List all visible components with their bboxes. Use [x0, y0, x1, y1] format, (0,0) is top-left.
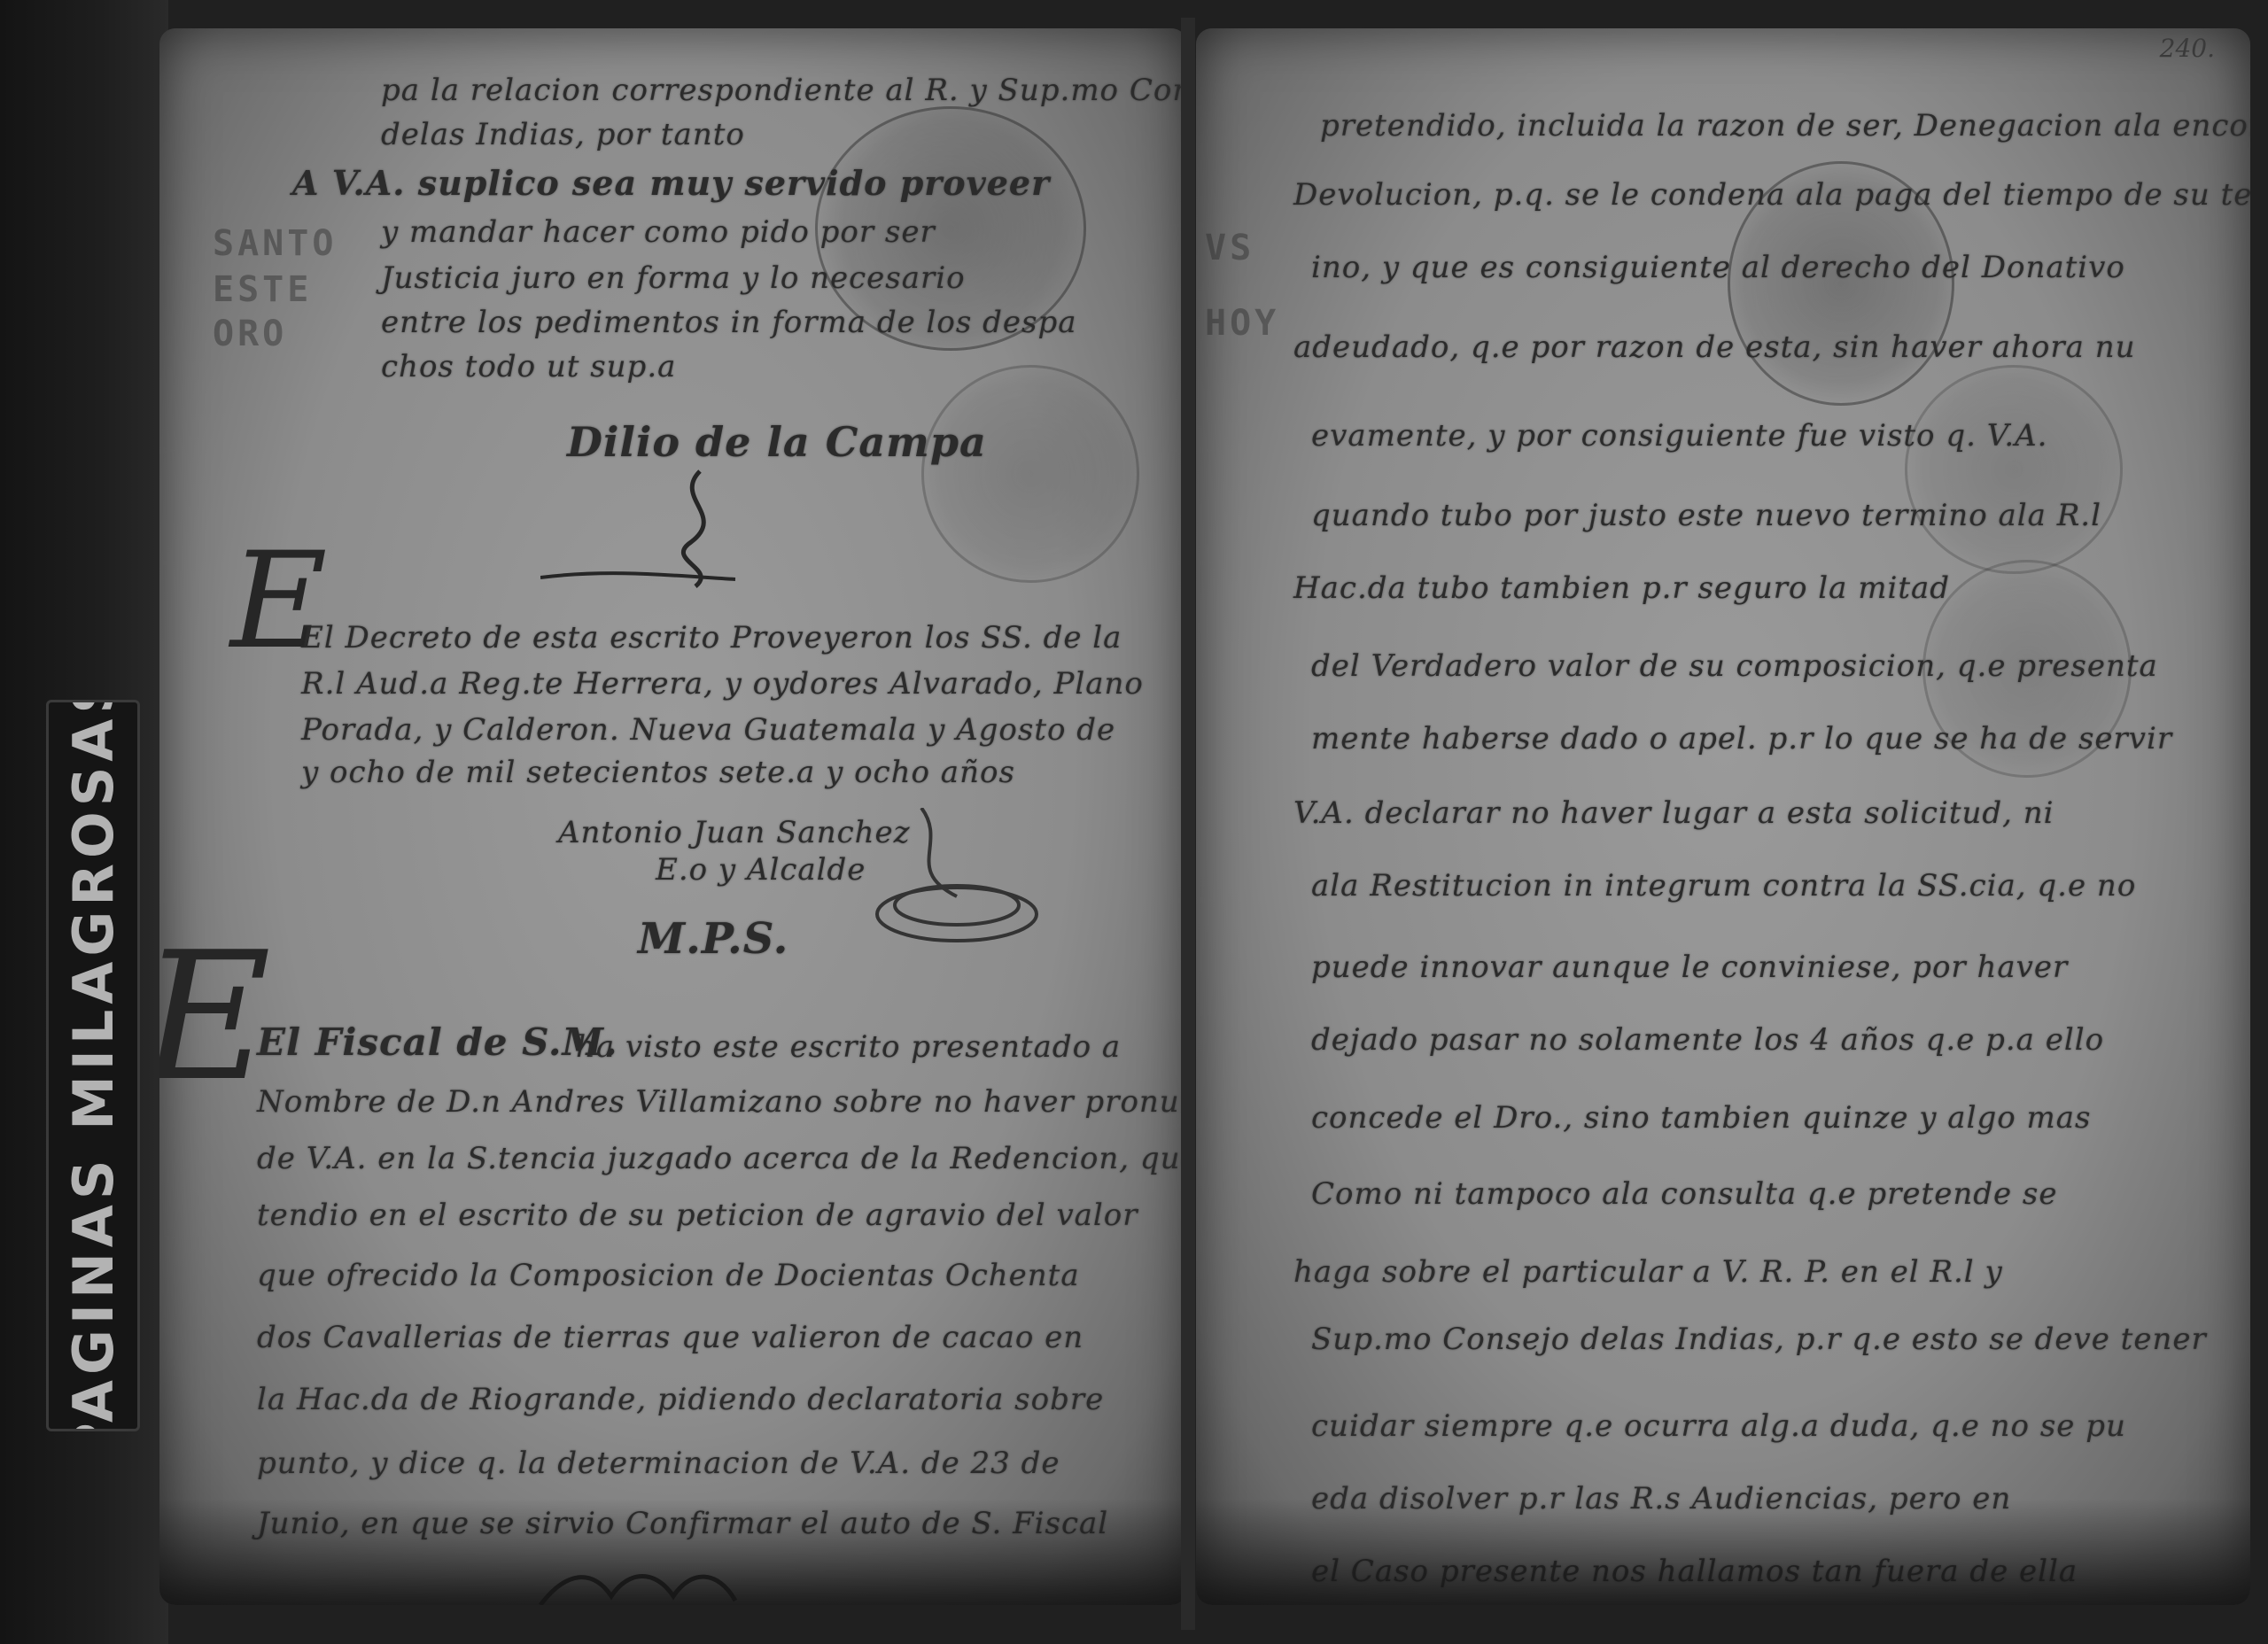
- body-line: Nombre de D.n Andres Villamizano sobre n…: [257, 1084, 1187, 1120]
- text-line: quando tubo por justo este nuevo termino…: [1311, 498, 2101, 533]
- right-page: 240. VS HOY pretendido, incluida la razo…: [1196, 28, 2250, 1605]
- rubric-flourish-icon: [868, 808, 1045, 967]
- decree-line: y ocho de mil setecientos sete.a y ocho …: [301, 755, 1015, 790]
- text-line: Sup.mo Consejo delas Indias, p.r q.e est…: [1311, 1322, 2207, 1357]
- notary-name: Antonio Juan Sanchez: [558, 815, 911, 850]
- text-line: puede innovar aunque le conviniese, por …: [1311, 950, 2068, 985]
- notary-title: E.o y Alcalde: [656, 852, 866, 888]
- text-line: dejado pasar no solamente los 4 años q.e…: [1311, 1022, 2104, 1058]
- body-line: la Hac.da de Riogrande, pidiendo declara…: [257, 1382, 1104, 1417]
- signature-block: Dilio de la Campa: [567, 418, 987, 466]
- text-line: A V.A. suplico sea muy servido proveer: [292, 163, 1050, 203]
- decree-line: R.l Aud.a Reg.te Herrera, y oydores Alva…: [301, 666, 1144, 702]
- text-line: evamente, y por consiguiente fue visto q…: [1311, 418, 2048, 454]
- show-through-text: HOY: [1205, 303, 1279, 344]
- text-line: Justicia juro en forma y lo necesario: [381, 260, 966, 296]
- page-shadow: [159, 1499, 1187, 1605]
- text-line: pretendido, incluida la razon de ser, De…: [1320, 108, 2250, 143]
- page-shadow: [1196, 1499, 2250, 1605]
- left-page: SANTO ESTE ORO pa la relacion correspond…: [159, 28, 1187, 1605]
- body-line: tendio en el escrito de su peticion de a…: [257, 1198, 1138, 1233]
- show-through-text: SANTO: [213, 223, 337, 264]
- spine-label: PAGINAS MILAGROSAS: [46, 700, 140, 1431]
- body-line: de V.A. en la S.tencia juzgado acerca de…: [257, 1141, 1187, 1176]
- show-through-text: VS: [1205, 228, 1254, 268]
- text-line: ino, y que es consiguiente al derecho de…: [1311, 250, 2125, 285]
- body-line: ha visto este escrito presentado a: [576, 1029, 1121, 1065]
- ink-seal: [1905, 365, 2123, 574]
- text-line: Hac.da tubo tambien p.r seguro la mitad: [1293, 570, 1950, 606]
- show-through-text: ORO: [213, 314, 287, 354]
- text-line: entre los pedimentos in forma de los des…: [381, 305, 1077, 340]
- decorative-initial-e: E: [159, 914, 271, 1121]
- body-heading: El Fiscal de S.M.: [257, 1020, 618, 1064]
- ink-seal: [921, 365, 1139, 583]
- text-line: y mandar hacer como pido por ser: [381, 214, 936, 250]
- text-line: concede el Dro., sino tambien quinze y a…: [1311, 1100, 2091, 1136]
- text-line: Como ni tampoco ala consulta q.e pretend…: [1311, 1176, 2058, 1212]
- text-line: mente haberse dado o apel. p.r lo que se…: [1311, 721, 2172, 756]
- show-through-text: ESTE: [213, 269, 312, 310]
- spine-label-text: PAGINAS MILAGROSAS: [61, 700, 126, 1431]
- body-line: que ofrecido la Composicion de Docientas…: [257, 1258, 1080, 1293]
- text-line: ala Restitucion in integrum contra la SS…: [1311, 868, 2136, 903]
- text-line: delas Indias, por tanto: [381, 117, 745, 152]
- body-line: punto, y dice q. la determinacion de V.A…: [257, 1446, 1060, 1481]
- text-line: cuidar siempre q.e ocurra alg.a duda, q.…: [1311, 1408, 2126, 1444]
- text-line: V.A. declarar no haver lugar a esta soli…: [1293, 795, 2054, 831]
- signature-flourish-icon: [540, 462, 771, 595]
- body-line: dos Cavallerias de tierras que valieron …: [257, 1320, 1084, 1355]
- decree-line: Porada, y Calderon. Nueva Guatemala y Ag…: [301, 712, 1115, 748]
- folio-number: 240.: [2160, 34, 2215, 63]
- page-gutter: [1181, 18, 1195, 1630]
- text-line: haga sobre el particular a V. R. P. en e…: [1293, 1254, 2003, 1290]
- text-line: adeudado, q.e por razon de esta, sin hav…: [1293, 330, 2136, 365]
- text-line: pa la relacion correspondiente al R. y S…: [381, 73, 1187, 108]
- decree-line: El Decreto de esta escrito Proveyeron lo…: [301, 620, 1122, 655]
- text-line: del Verdadero valor de su composicion, q…: [1311, 648, 2158, 684]
- text-line: chos todo ut sup.a: [381, 349, 676, 384]
- abbreviation-mps: M.P.S.: [638, 914, 788, 964]
- text-line: Devolucion, p.q. se le condena ala paga …: [1293, 177, 2250, 213]
